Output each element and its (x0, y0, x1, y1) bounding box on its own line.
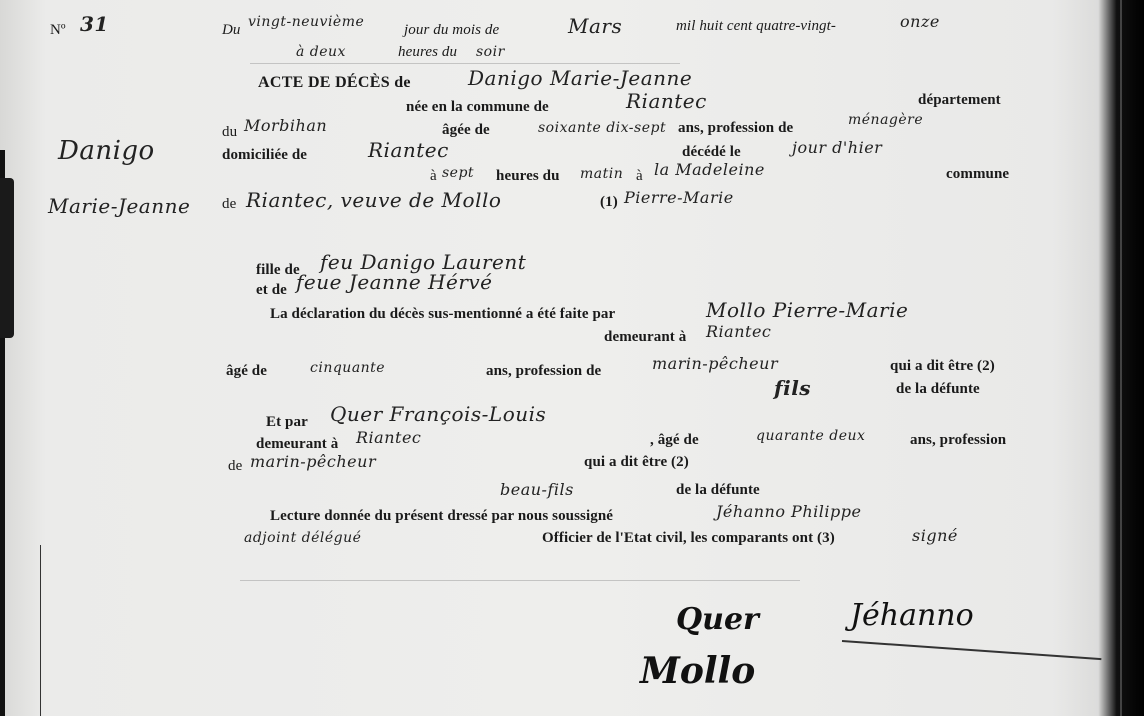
death-place-handwritten: la Madeleine (654, 160, 765, 179)
day-handwritten: vingt-neuvième (248, 14, 364, 30)
declarant2-profession-handwritten: marin-pêcheur (250, 452, 376, 471)
declarant2-profession-prefix: de (228, 458, 242, 475)
declarant2-relation-handwritten: beau-fils (500, 480, 574, 499)
ruled-line (250, 63, 680, 64)
born-label: née en la commune de (406, 99, 549, 116)
signature-officer: Jéhanno (850, 598, 974, 633)
declaration-intro: La déclaration du décès sus-mentionné a … (270, 306, 615, 323)
signature-flourish (842, 640, 1102, 660)
declarant1-name-handwritten: Mollo Pierre-Marie (706, 298, 908, 322)
declarant1-relation-label: qui a dit être (2) (890, 358, 995, 375)
age-handwritten: soixante dix-sept (538, 120, 666, 136)
date-text-du: Du (222, 22, 241, 39)
commune-prefix: de (222, 196, 236, 213)
declarant1-profession-label: ans, profession de (486, 363, 601, 380)
profession-label: ans, profession de (678, 120, 793, 137)
margin-given-names: Marie-Jeanne (48, 194, 190, 218)
ruled-line (240, 580, 800, 581)
declarant2-age-handwritten: quarante deux (756, 428, 865, 444)
hour-text: heures du (398, 44, 457, 61)
date-text-year: mil huit cent quatre-vingt- (676, 18, 836, 35)
age-label: âgée de (442, 122, 490, 139)
period-handwritten: soir (476, 44, 505, 60)
commune-label: commune (946, 166, 1009, 183)
declarant1-residence-label: demeurant à (604, 329, 686, 346)
hour-handwritten: à deux (296, 44, 346, 60)
declarant2-age-label: , âgé de (650, 432, 699, 449)
department-prefix: du (222, 124, 237, 141)
deceased-name-handwritten: Danigo Marie-Jeanne (468, 66, 692, 90)
declarant2-relation-suffix: de la défunte (676, 482, 760, 499)
footnote-1: (1) (600, 194, 618, 211)
spouse-handwritten: Pierre-Marie (624, 188, 734, 207)
record-number-prefix: Nº (50, 22, 66, 39)
signature-mollo: Mollo (640, 650, 755, 692)
year-handwritten: onze (900, 12, 940, 31)
declarant1-age-handwritten: cinquante (310, 360, 385, 376)
declarant2-residence-handwritten: Riantec (356, 428, 421, 447)
officer-name-handwritten: Jéhanno Philippe (716, 502, 861, 521)
declarant2-residence-label: demeurant à (256, 436, 338, 453)
declarant2-profession-label: ans, profession (910, 432, 1006, 449)
signed-handwritten: signé (912, 526, 958, 545)
daughter-label: fille de (256, 262, 300, 279)
hour-prefix: à (430, 168, 437, 185)
department-handwritten: Morbihan (244, 116, 327, 135)
declarant2-intro: Et par (266, 414, 308, 431)
date-text-jour: jour du mois de (404, 22, 499, 39)
death-day-handwritten: jour d'hier (792, 138, 882, 157)
month-handwritten: Mars (568, 14, 622, 38)
declarant1-profession-handwritten: marin-pêcheur (652, 354, 778, 373)
reading-statement: Lecture donnée du présent dressé par nou… (270, 508, 613, 525)
register-page: Nº 31 Du vingt-neuvième jour du mois de … (0, 0, 1144, 716)
department-label: département (918, 92, 1001, 109)
domicile-label: domiciliée de (222, 147, 307, 164)
and-label: et de (256, 282, 287, 299)
declarant2-relation-label: qui a dit être (2) (584, 454, 689, 471)
mother-handwritten: feue Jeanne Hérvé (296, 270, 493, 294)
place-prefix: à (636, 168, 643, 185)
record-number: 31 (80, 12, 109, 36)
declarant1-relation-handwritten: fils (774, 376, 811, 400)
commune-widow-handwritten: Riantec, veuve de Mollo (246, 188, 501, 212)
signature-quer: Quer (676, 602, 759, 637)
document-title: ACTE DE DÉCÈS de (258, 74, 411, 92)
page-edge-rule (1120, 0, 1122, 716)
officer-role-handwritten: adjoint délégué (244, 530, 361, 546)
binding-clip (0, 178, 14, 338)
death-hour-handwritten: sept (442, 165, 474, 181)
margin-surname: Danigo (58, 136, 155, 166)
death-period-handwritten: matin (580, 166, 623, 182)
declarant2-name-handwritten: Quer François-Louis (330, 402, 546, 426)
profession-handwritten: ménagère (848, 112, 923, 128)
domicile-handwritten: Riantec (368, 138, 449, 162)
declarant1-age-label: âgé de (226, 363, 267, 380)
margin-rule (40, 545, 41, 716)
declarant1-relation-suffix: de la défunte (896, 381, 980, 398)
birthplace-handwritten: Riantec (626, 89, 707, 113)
declarant1-residence-handwritten: Riantec (706, 322, 771, 341)
deceased-label: décédé le (682, 144, 741, 161)
hour-label: heures du (496, 168, 560, 185)
officer-statement: Officier de l'Etat civil, les comparants… (542, 530, 835, 547)
